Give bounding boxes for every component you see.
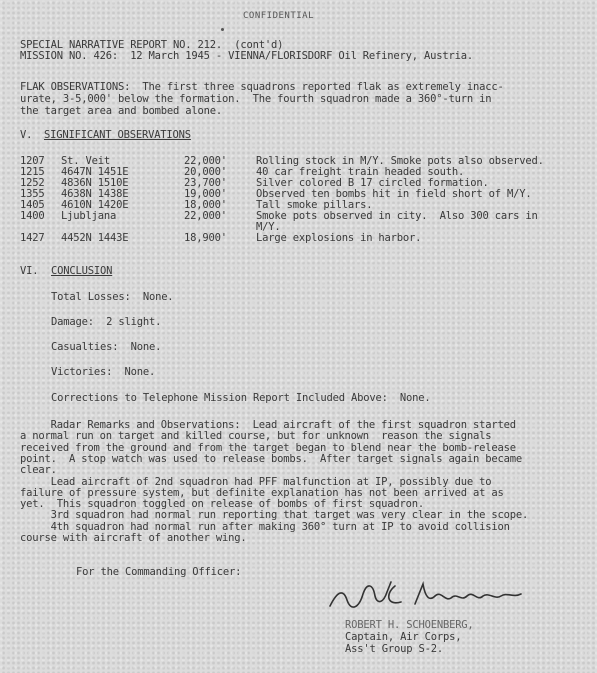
section-v-title: SIGNIFICANT OBSERVATIONS xyxy=(44,130,191,141)
signatory-rank: Captain, Air Corps, xyxy=(345,632,461,643)
casualties: Casualties: None. xyxy=(51,342,161,353)
obs-altitude: 22,000' xyxy=(184,211,227,222)
radar-line: a normal run on target and killed course… xyxy=(20,431,491,442)
section-vi-title: CONCLUSION xyxy=(51,266,112,277)
signatory-title: Ass't Group S-2. xyxy=(345,644,443,655)
corrections: Corrections to Telephone Mission Report … xyxy=(51,393,431,404)
mission-line: MISSION NO. 426: 12 March 1945 - VIENNA/… xyxy=(20,51,473,62)
radar-line: point. A stop watch was used to release … xyxy=(20,454,522,465)
section-vi-number: VI. xyxy=(20,266,38,277)
damage: Damage: 2 slight. xyxy=(51,317,161,328)
obs-text: Large explosions in harbor. xyxy=(256,233,421,244)
document-page: CONFIDENTIAL SPECIAL NARRATIVE REPORT NO… xyxy=(0,0,597,673)
radar-line: 3rd squadron had normal run reporting th… xyxy=(20,510,528,521)
radar-line: course with aircraft of another wing. xyxy=(20,533,247,544)
handwritten-signature xyxy=(325,574,535,614)
obs-location: Ljubljana xyxy=(61,211,116,222)
radar-line: clear. xyxy=(20,465,57,476)
obs-altitude: 18,900' xyxy=(184,233,227,244)
section-v-number: V. xyxy=(20,130,32,141)
victories: Victories: None. xyxy=(51,367,155,378)
classification-stamp: CONFIDENTIAL xyxy=(243,11,314,22)
signatory-name: ROBERT H. SCHOENBERG, xyxy=(345,620,474,631)
obs-location: 4452N 1443E xyxy=(61,233,128,244)
punch-mark xyxy=(221,28,224,31)
for-commanding-officer: For the Commanding Officer: xyxy=(76,567,241,578)
obs-text: Smoke pots observed in city. Also 300 ca… xyxy=(256,211,538,222)
obs-time: 1400 xyxy=(20,211,45,222)
obs-time: 1427 xyxy=(20,233,45,244)
radar-line: received from the ground and from the ta… xyxy=(20,443,516,454)
flak-line-2: urate, 3-5,000' below the formation. The… xyxy=(20,94,491,105)
total-losses: Total Losses: None. xyxy=(51,292,173,303)
radar-line: Lead aircraft of 2nd squadron had PFF ma… xyxy=(20,477,491,488)
flak-line-1: FLAK OBSERVATIONS: The first three squad… xyxy=(20,82,504,93)
flak-line-3: the target area and bombed alone. xyxy=(20,106,222,117)
